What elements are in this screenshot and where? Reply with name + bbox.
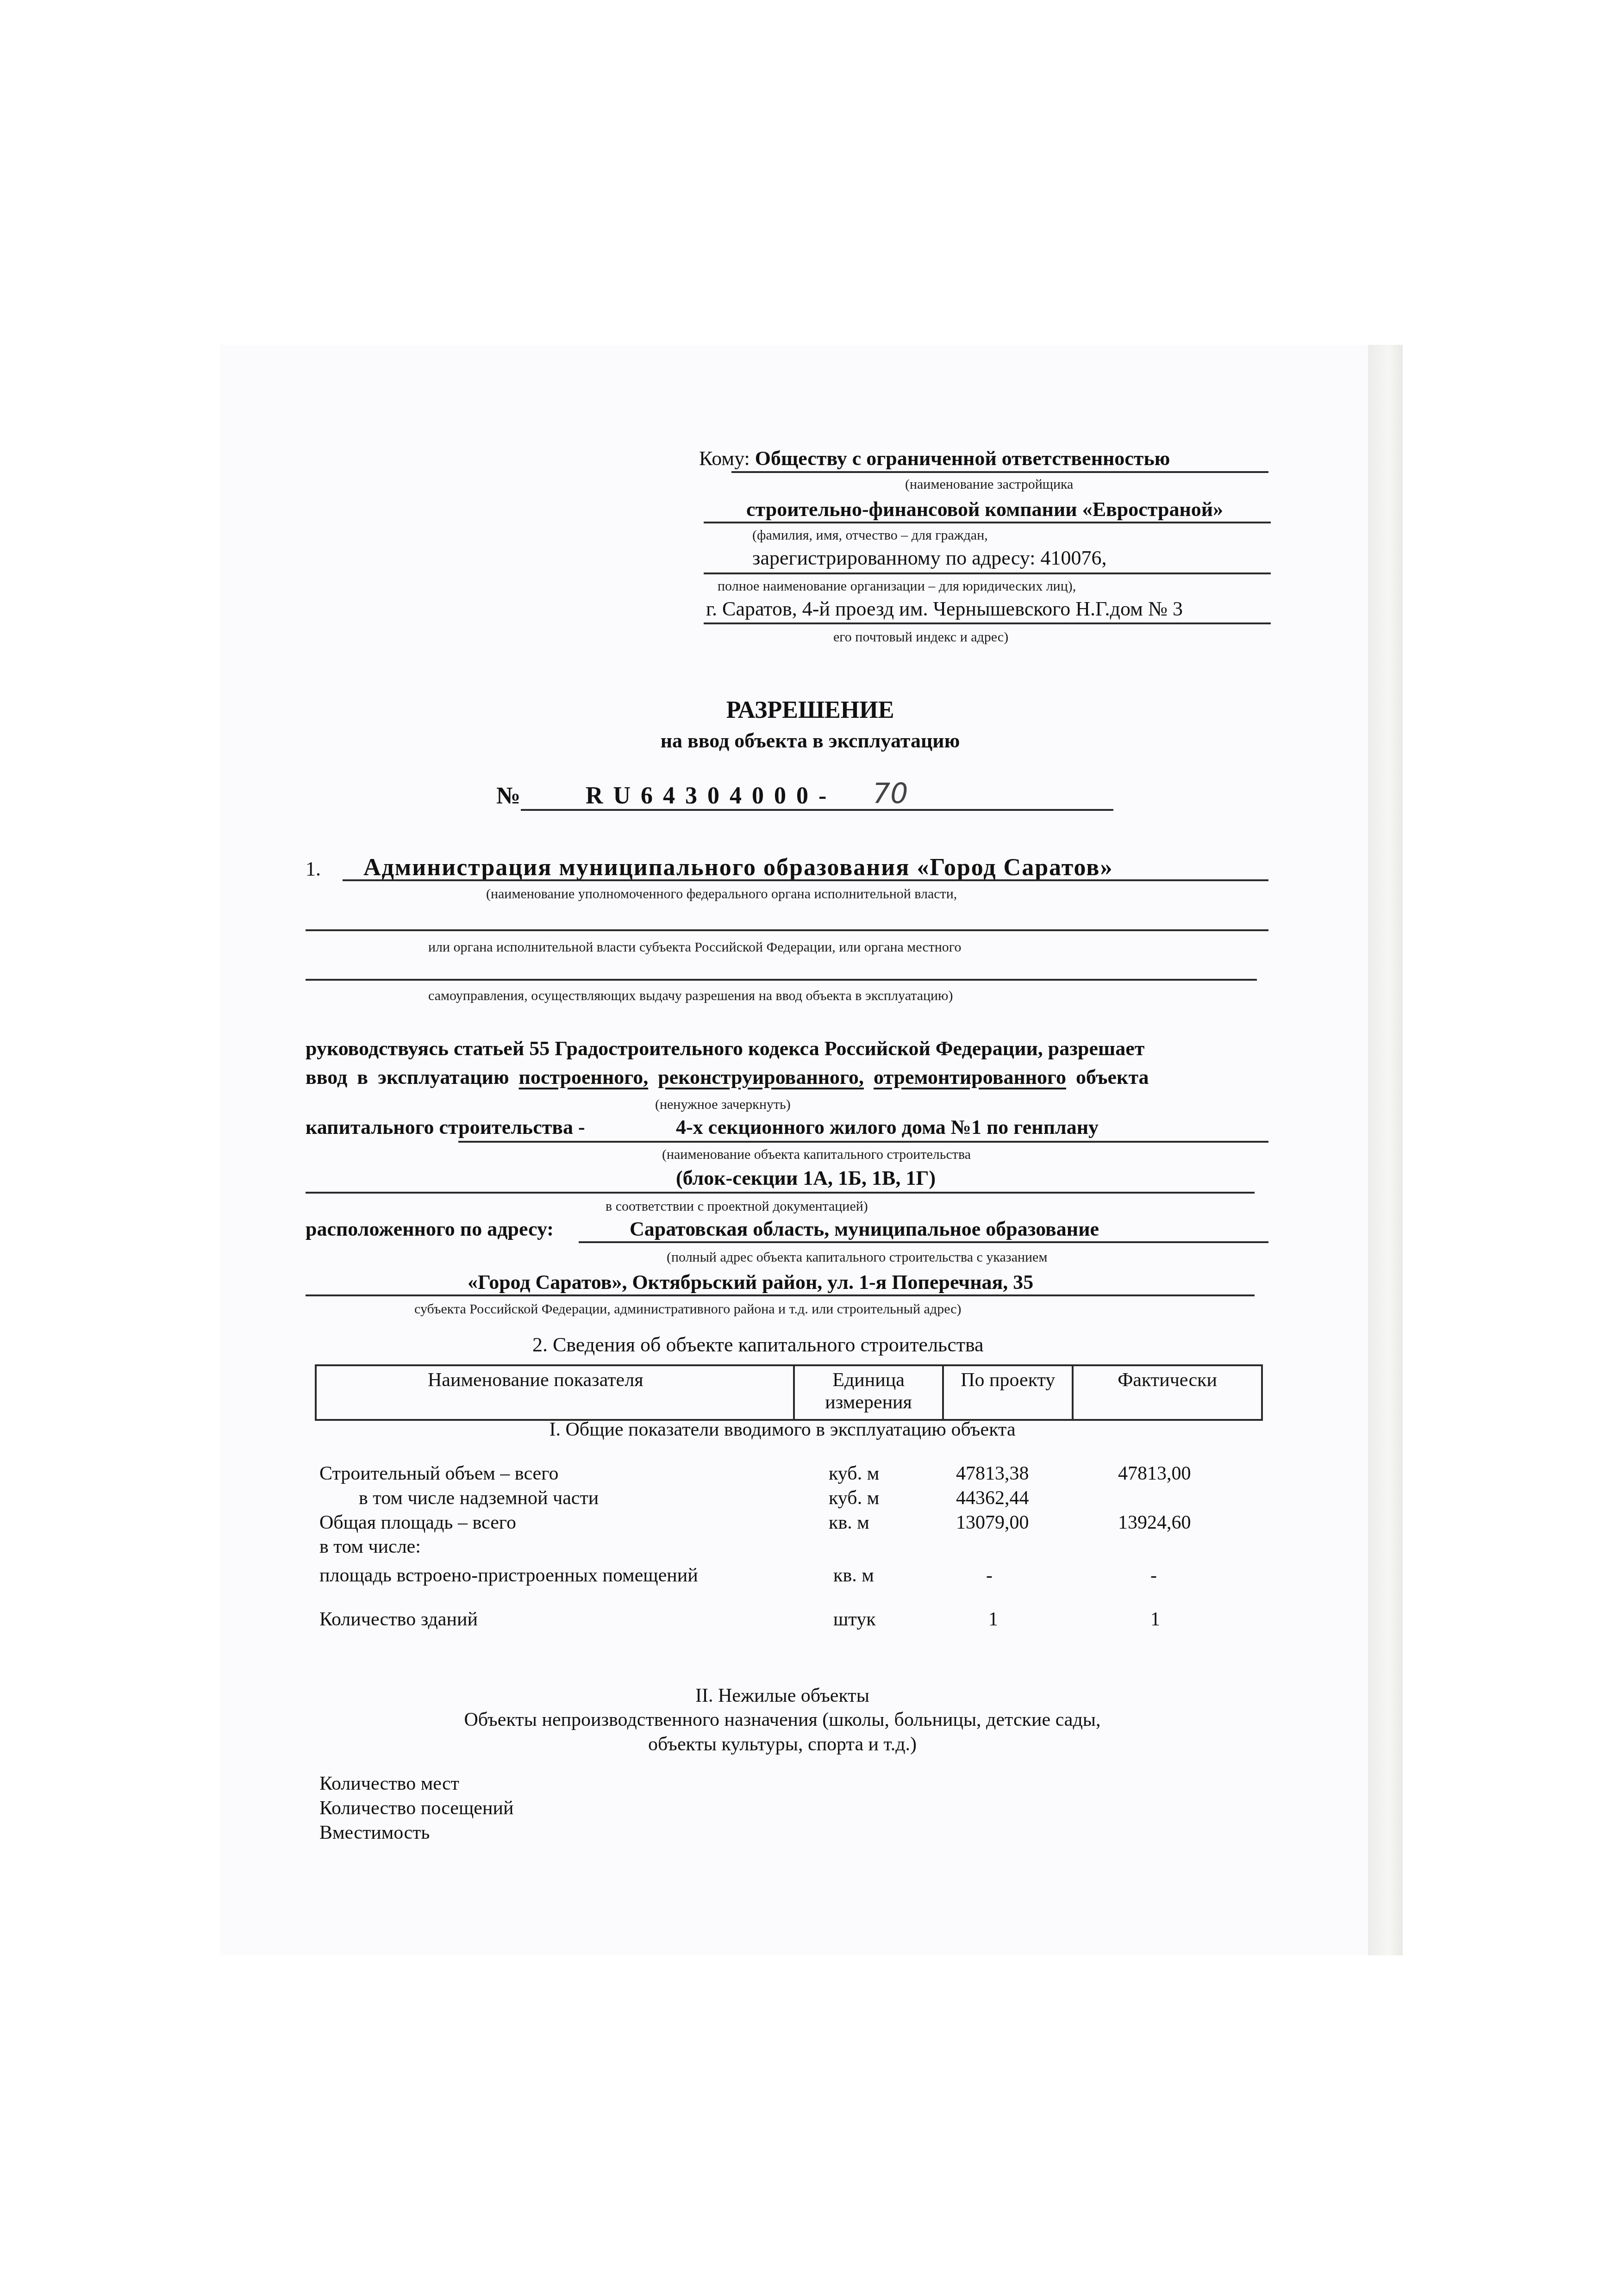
caption-authority-1: (наименование уполномоченного федерально… xyxy=(486,886,957,902)
object-label: капитального строительства - xyxy=(306,1115,585,1139)
header-indicator-name: Наименование показателя xyxy=(316,1365,794,1420)
caption-authority-2: или органа исполнительной власти субъект… xyxy=(428,940,961,955)
permit-number-handwritten: 70 xyxy=(873,778,908,810)
recipient-name-1: Обществу с ограниченной ответственностью xyxy=(755,447,1170,470)
row-actual: 13924,60 xyxy=(1118,1512,1191,1534)
recipient-address: г. Саратов, 4-й проезд им. Чернышевского… xyxy=(706,597,1183,621)
row-unit: куб. м xyxy=(829,1462,879,1485)
row-name: Общая площадь – всего xyxy=(319,1512,516,1534)
group-2-title: II. Нежилые объекты xyxy=(695,1685,869,1707)
permit-paragraph-line-1: руководствуясь статьей 55 Градостроитель… xyxy=(306,1037,1144,1060)
issuing-authority: Администрация муниципального образования… xyxy=(363,854,1113,881)
permit-number: RU64304000- xyxy=(586,782,837,809)
object-address-line-1: Саратовская область, муниципальное образ… xyxy=(630,1217,1099,1241)
underline xyxy=(704,572,1271,574)
object-name: 4-х секционного жилого дома №1 по генпла… xyxy=(676,1115,1099,1139)
underline xyxy=(579,1241,1268,1243)
option-reconstructed-struck: реконструированного, xyxy=(658,1066,864,1089)
object-address-line-2: «Город Саратов», Октябрьский район, ул. … xyxy=(468,1270,1033,1294)
scan-edge-shadow xyxy=(1368,345,1403,1955)
header-by-project: По проекту xyxy=(943,1365,1073,1420)
underline xyxy=(343,879,1268,881)
nonresidential-row: Количество мест xyxy=(319,1773,459,1795)
option-built: построенного, xyxy=(519,1066,649,1089)
row-actual: 47813,00 xyxy=(1118,1462,1191,1485)
row-project: 13079,00 xyxy=(956,1512,1029,1534)
underline xyxy=(720,809,1113,811)
recipient-label: Кому: xyxy=(699,447,750,470)
group-2-subtitle-2: объекты культуры, спорта и т.д.) xyxy=(648,1733,917,1755)
underline xyxy=(458,1141,1268,1143)
caption-developer: (наименование застройщика xyxy=(905,477,1073,492)
object-blocks: (блок-секции 1А, 1Б, 1В, 1Г) xyxy=(676,1166,936,1190)
group-2-subtitle-1: Объекты непроизводственного назначения (… xyxy=(464,1709,1100,1731)
caption-strike-unneeded: (ненужное зачеркнуть) xyxy=(655,1097,791,1113)
option-repaired-struck: отремонтированного xyxy=(874,1066,1066,1089)
row-name: в том числе надземной части xyxy=(359,1487,599,1509)
row-unit: куб. м xyxy=(829,1487,879,1509)
text: объекта xyxy=(1076,1066,1149,1089)
caption-object-name: (наименование объекта капитального строи… xyxy=(662,1147,971,1163)
underline xyxy=(704,522,1271,523)
address-label: расположенного по адресу: xyxy=(306,1217,554,1241)
row-name: Строительный объем – всего xyxy=(319,1462,558,1485)
caption-address-2: субъекта Российской Федерации, администр… xyxy=(414,1301,962,1317)
caption-citizens: (фамилия, имя, отчество – для граждан, xyxy=(752,528,988,543)
underline xyxy=(306,979,1257,981)
underline xyxy=(306,1192,1255,1194)
group-1-title: I. Общие показатели вводимого в эксплуат… xyxy=(549,1419,1015,1441)
caption-address-1: (полный адрес объекта капитального строи… xyxy=(667,1250,1047,1265)
number-sign: № xyxy=(496,782,520,809)
caption-legal-entities: полное наименование организации – для юр… xyxy=(718,579,1076,594)
section-1-number: 1. xyxy=(306,857,321,881)
row-project: 44362,44 xyxy=(956,1487,1029,1509)
row-unit: кв. м xyxy=(833,1564,874,1587)
document-title: РАЗРЕШЕНИЕ xyxy=(726,697,894,724)
text: ввод в эксплуатацию xyxy=(306,1066,509,1089)
row-project: 1 xyxy=(988,1608,998,1630)
caption-project-docs: в соответствии с проектной документацией… xyxy=(606,1199,868,1214)
caption-authority-3: самоуправления, осуществляющих выдачу ра… xyxy=(428,988,953,1004)
recipient-name-2: строительно-финансовой компании «Евростр… xyxy=(746,498,1223,521)
row-name: площадь встроено-пристроенных помещений xyxy=(319,1564,698,1587)
row-name: в том числе: xyxy=(319,1536,421,1558)
nonresidential-row: Вместимость xyxy=(319,1822,430,1844)
row-actual: - xyxy=(1150,1564,1157,1587)
underline xyxy=(306,929,1268,931)
row-actual: 1 xyxy=(1150,1608,1160,1630)
caption-postal: его почтовый индекс и адрес) xyxy=(833,629,1008,645)
row-unit: штук xyxy=(833,1608,876,1630)
document-subtitle: на ввод объекта в эксплуатацию xyxy=(661,729,960,753)
row-project: 47813,38 xyxy=(956,1462,1029,1485)
underline xyxy=(704,622,1271,624)
section-2-title: 2. Сведения об объекте капитального стро… xyxy=(532,1333,984,1356)
underline xyxy=(306,1294,1255,1296)
header-actual: Фактически xyxy=(1073,1365,1262,1420)
permit-paragraph-line-2: ввод в эксплуатацию построенного, реконс… xyxy=(306,1065,1149,1089)
row-unit: кв. м xyxy=(829,1512,869,1534)
indicators-table-header: Наименование показателя Единица измерени… xyxy=(315,1364,1263,1421)
row-project: - xyxy=(986,1564,993,1587)
recipient-registered-address: зарегистрированному по адресу: 410076, xyxy=(752,546,1106,570)
underline xyxy=(731,471,1268,473)
recipient-line-1: Кому: Обществу с ограниченной ответствен… xyxy=(699,447,1170,470)
row-name: Количество зданий xyxy=(319,1608,478,1630)
nonresidential-row: Количество посещений xyxy=(319,1797,513,1819)
underline xyxy=(521,809,720,811)
header-unit: Единица измерения xyxy=(794,1365,943,1420)
